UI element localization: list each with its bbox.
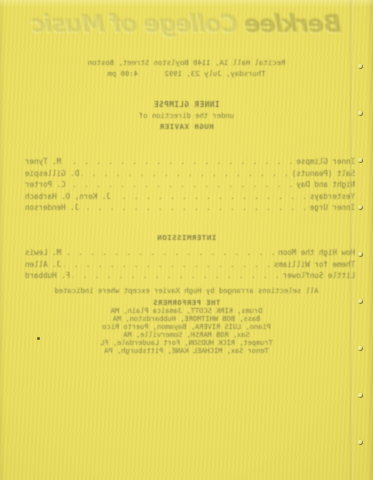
director-name: HUGH XAVIER (0, 122, 373, 131)
composer-name: J. Henderson (25, 203, 79, 212)
composer-name: F. Hubbard (25, 271, 70, 280)
binding-hole (358, 393, 363, 398)
dot-leader: . . . . . . . . . . . . . . . . . . . . … (64, 260, 271, 269)
composer-name: J. Allen (25, 260, 61, 269)
composer-name: J. Kern, O. Harbach (25, 192, 111, 201)
direction-subtitle: under the direction of (0, 111, 373, 120)
dot-leader: . . . . . . . . . . . . . . . . . . . . … (64, 157, 293, 166)
program-row: Little Sunflower. . . . . . . . . . . . … (25, 271, 355, 283)
binding-hole (358, 346, 363, 351)
program-row: Inner Urge. . . . . . . . . . . . . . . … (25, 203, 355, 215)
program-row: Salt (Peanuts). . . . . . . . . . . . . … (25, 169, 355, 181)
arranger-note: All selections arranged by Hugh Xavier e… (0, 286, 373, 295)
program-row: How High the Moon. . . . . . . . . . . .… (25, 248, 355, 260)
program-row: Yesterdays. . . . . . . . . . . . . . . … (25, 192, 355, 204)
performer-line: Bass, BOB WHITMORE, Hubbardston, MA (0, 315, 373, 323)
performer-line: Sax, ROB MARSH, Somerville, MA (0, 331, 373, 339)
program-set-2: How High the Moon. . . . . . . . . . . .… (25, 248, 355, 283)
program-row: Night and Day. . . . . . . . . . . . . .… (25, 180, 355, 192)
logo-word-college-of-music: College of Music (32, 10, 245, 38)
performers-heading: THE PERFORMERS (0, 298, 373, 307)
binding-hole (358, 299, 363, 304)
scanned-program-page: Berklee College of Music Recital Hall 1A… (0, 0, 373, 480)
binding-hole (358, 158, 363, 163)
ink-speck (37, 337, 40, 340)
song-title: How High the Moon (278, 248, 355, 257)
song-title: Night and Day (296, 180, 355, 189)
dot-leader: . . . . . . . . . . . . . . . . . . . . … (114, 192, 307, 201)
song-title: Inner Glimpse (296, 157, 355, 166)
berklee-logo: Berklee College of Music (0, 10, 373, 38)
performer-line: Piano, LUIS RIVERA, Bayamon, Puerto Rico (0, 323, 373, 331)
song-title: Salt (Peanuts) (292, 169, 355, 178)
binding-hole (358, 440, 363, 445)
song-title: Yesterdays (310, 192, 355, 201)
performer-line: Drums, KIRK SCOTT, Jamaica Plain, MA (0, 307, 373, 315)
performers-list: Drums, KIRK SCOTT, Jamaica Plain, MABass… (0, 307, 373, 356)
intermission-heading: INTERMISSION (0, 233, 373, 242)
date-line: Thursday, July 23, 1992 4:00 pm (0, 69, 373, 78)
recital-title: INNER GLIMPSE (0, 100, 373, 109)
composer-name: M. Lewis (25, 248, 61, 257)
binding-hole (358, 205, 363, 210)
composer-name: C. Porter (25, 180, 66, 189)
song-title: Inner Urge (310, 203, 355, 212)
song-title: Little Sunflower (283, 271, 355, 280)
program-set-1: Inner Glimpse. . . . . . . . . . . . . .… (25, 157, 355, 215)
dot-leader: . . . . . . . . . . . . . . . . . . . . … (64, 248, 275, 257)
composer-name: M. Tyner (25, 157, 61, 166)
page-crease (350, 0, 353, 480)
dot-leader: . . . . . . . . . . . . . . . . . . . . … (82, 169, 289, 178)
mirrored-showthrough-content: Berklee College of Music Recital Hall 1A… (0, 0, 373, 480)
venue-line: Recital Hall 1A, 1140 Boylston Street, B… (0, 58, 373, 67)
logo-word-berklee: Berklee (245, 10, 341, 38)
dot-leader: . . . . . . . . . . . . . . . . . . . . … (69, 180, 294, 189)
program-row: Inner Glimpse. . . . . . . . . . . . . .… (25, 157, 355, 169)
performer-line: Trumpet, RICK HUDSON, Fort Lauderdale, F… (0, 339, 373, 347)
dot-leader: . . . . . . . . . . . . . . . . . . . . … (73, 271, 280, 280)
performer-line: Tenor Sax, MICHAEL KANE, Pittsburgh, PA (0, 347, 373, 355)
composer-name: D. Gillespie (25, 169, 79, 178)
song-title: Theme for Williams (274, 260, 355, 269)
binding-hole (358, 111, 363, 116)
program-row: Theme for Williams. . . . . . . . . . . … (25, 260, 355, 272)
binding-hole (358, 64, 363, 69)
dot-leader: . . . . . . . . . . . . . . . . . . . . … (82, 203, 307, 212)
binding-hole (358, 252, 363, 257)
